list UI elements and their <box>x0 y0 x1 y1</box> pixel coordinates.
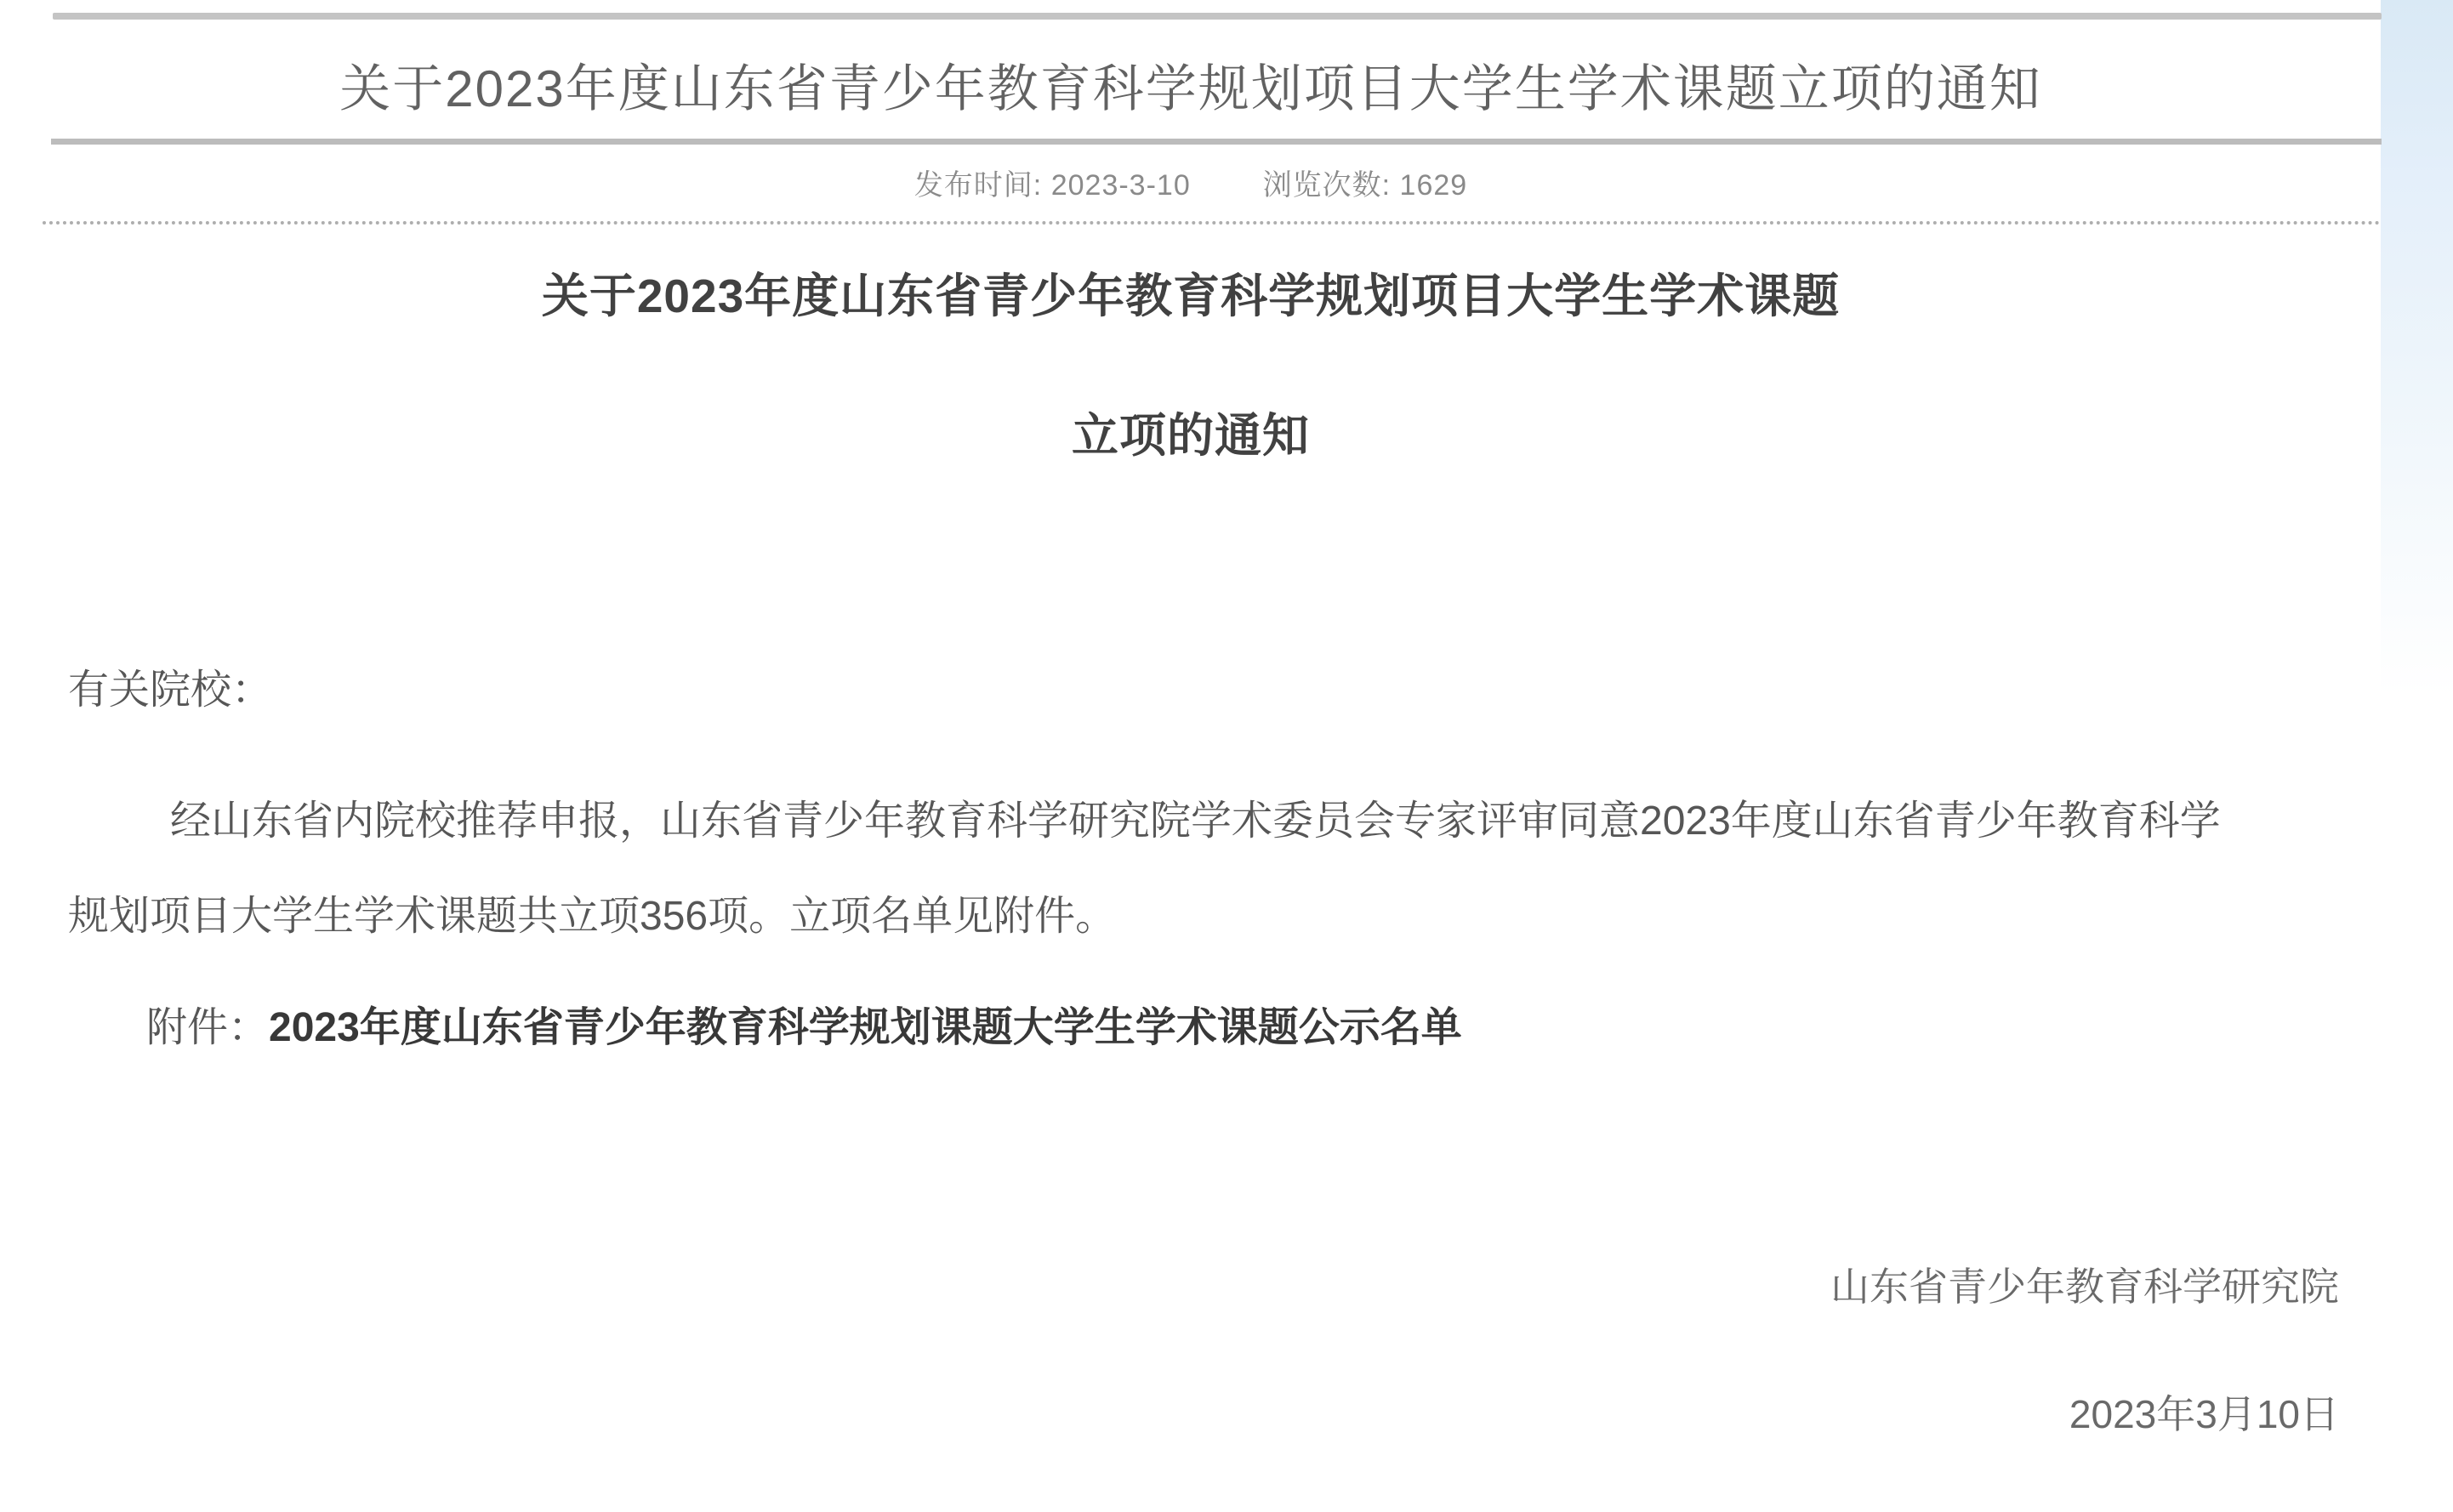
dotted-divider <box>43 221 2382 225</box>
issue-date: 2023年3月10日 <box>68 1390 2356 1438</box>
attachment-row: 附件：2023年度山东省青少年教育科学规划课题大学生学术课题公示名单 <box>68 1003 2356 1054</box>
top-border-bar <box>53 13 2382 20</box>
corner-gradient-decor <box>2381 0 2453 893</box>
title-divider <box>51 139 2382 145</box>
salutation: 有关院校： <box>68 665 2356 716</box>
page-title: 关于2023年度山东省青少年教育科学规划项目大学生学术课题立项的通知 <box>0 55 2382 123</box>
view-count-value: 1629 <box>1400 169 1468 202</box>
publish-time-label: 发布时间: <box>914 169 1042 202</box>
document-heading-line2: 立项的通知 <box>0 404 2382 467</box>
body-paragraph: 经山东省内院校推荐申报，山东省青少年教育科学研究院学术委员会专家评审同意2023… <box>68 774 2254 964</box>
article-meta: 发布时间: 2023-3-10 浏览次数: 1629 <box>0 167 2382 204</box>
document-heading-line1: 关于2023年度山东省青少年教育科学规划项目大学生学术课题 <box>0 264 2382 327</box>
attachment-label: 附件： <box>146 1005 269 1050</box>
attachment-link[interactable]: 2023年度山东省青少年教育科学规划课题大学生学术课题公示名单 <box>269 1005 1462 1050</box>
issuing-organization: 山东省青少年教育科学研究院 <box>68 1263 2356 1310</box>
publish-time-value: 2023-3-10 <box>1051 169 1191 202</box>
article-container: 关于2023年度山东省青少年教育科学规划项目大学生学术课题立项的通知 发布时间:… <box>0 0 2382 1438</box>
notice-page: 关于2023年度山东省青少年教育科学规划项目大学生学术课题立项的通知 发布时间:… <box>0 0 2453 1512</box>
article-body: 有关院校： 经山东省内院校推荐申报，山东省青少年教育科学研究院学术委员会专家评审… <box>68 665 2356 1438</box>
view-count-label: 浏览次数: <box>1263 169 1391 202</box>
